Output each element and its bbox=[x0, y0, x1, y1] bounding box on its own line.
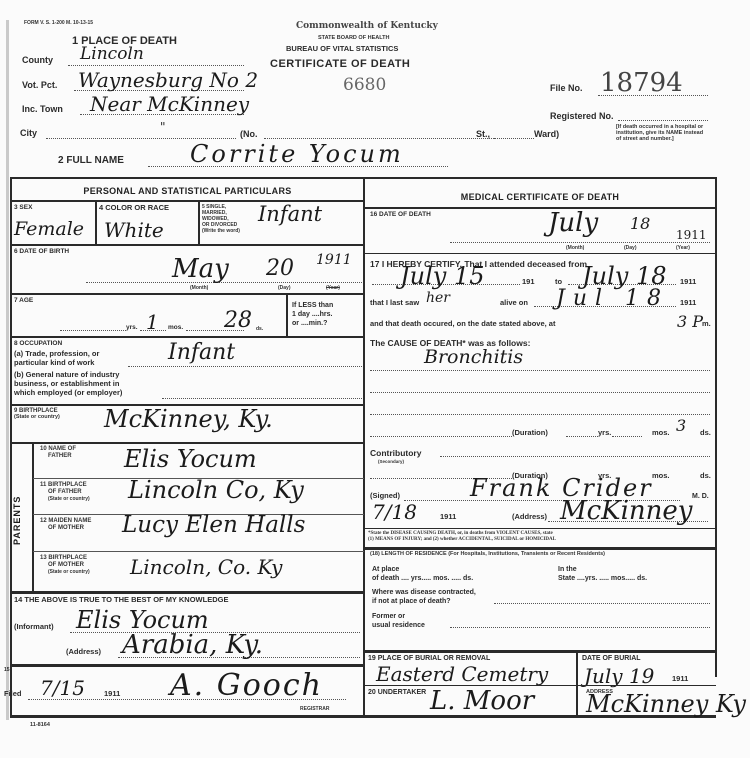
mother-birthplace-label-line: 13 BIRTHPLACE bbox=[40, 555, 90, 562]
vot-pct-label: Vot. Pct. bbox=[22, 80, 57, 90]
signed-date: 7/18 bbox=[372, 500, 417, 524]
md-label: M. D. bbox=[692, 493, 709, 500]
burial-place: Easterd Cemetry bbox=[376, 662, 548, 686]
to-label: to bbox=[555, 278, 562, 285]
vot-pct-value: Waynesburg No 2 bbox=[78, 68, 258, 92]
father-birthplace-label-line: OF FATHER bbox=[40, 489, 90, 496]
last-saw-label: that I last saw bbox=[370, 299, 419, 306]
former-residence-line: Former or bbox=[372, 612, 425, 621]
in-state-line: In the bbox=[558, 565, 647, 574]
footnote: *State the DISEASE CAUSING DEATH, or, in… bbox=[368, 531, 556, 543]
full-name-value: Corrite Yocum bbox=[190, 140, 404, 168]
age-yrs-line bbox=[60, 330, 126, 331]
contracted-line bbox=[494, 603, 710, 604]
state-board: STATE BOARD OF HEALTH bbox=[318, 35, 390, 41]
divider bbox=[10, 664, 364, 667]
frame-left bbox=[10, 177, 12, 717]
duration-line bbox=[370, 436, 512, 437]
marital-value: Infant bbox=[258, 202, 322, 226]
occupation-a-label-line: (a) Trade, profession, or bbox=[14, 349, 99, 358]
mother-name-value: Lucy Elen Halls bbox=[122, 512, 305, 538]
county-line bbox=[68, 65, 244, 66]
medical-section-title: MEDICAL CERTIFICATE OF DEATH bbox=[365, 192, 715, 202]
cause-line-3 bbox=[370, 414, 710, 415]
father-birthplace-label-line: (State or country) bbox=[40, 496, 90, 502]
filed-year: 1911 bbox=[104, 690, 120, 697]
informant-address-value: Arabia, Ky. bbox=[122, 630, 263, 660]
occupation-a-label-line: particular kind of work bbox=[14, 358, 99, 367]
informant-address-label: (Address) bbox=[66, 648, 101, 655]
duration-mos-line bbox=[612, 436, 642, 437]
death-time: 3 P bbox=[677, 312, 703, 331]
no-label: (No. bbox=[240, 129, 258, 139]
occupation-label: 8 OCCUPATION bbox=[14, 340, 62, 347]
commonwealth-title: Commonwealth of Kentucky bbox=[296, 21, 438, 31]
occupation-a-value: Infant bbox=[168, 340, 235, 365]
divider bbox=[33, 551, 364, 552]
father-name-label-line: FATHER bbox=[40, 453, 76, 460]
divider bbox=[365, 253, 716, 254]
less-than-line: 1 day ....hrs. bbox=[292, 310, 333, 319]
certificate-title: CERTIFICATE OF DEATH bbox=[270, 58, 410, 70]
burial-year: 1911 bbox=[672, 675, 688, 682]
registered-no-line bbox=[618, 120, 708, 121]
mother-birthplace-value: Lincoln, Co. Ky bbox=[130, 555, 282, 579]
cause-line-2 bbox=[370, 392, 710, 393]
birthplace-value: McKinney, Ky. bbox=[104, 405, 273, 433]
dob-day-caption: (Day) bbox=[278, 285, 291, 291]
frame-right bbox=[715, 177, 717, 677]
form-number: FORM V. S. 1-200 M. 10-13-15 bbox=[24, 20, 93, 26]
birthplace-label: 9 BIRTHPLACE (State or country) bbox=[14, 408, 60, 420]
occupation-b-label-line: (b) General nature of industry bbox=[14, 370, 122, 379]
divider bbox=[10, 442, 364, 444]
dob-month-caption: (Month) bbox=[190, 285, 208, 291]
dob-day: 20 bbox=[266, 256, 294, 281]
signed-label: (Signed) bbox=[370, 492, 400, 499]
ward-line bbox=[494, 138, 534, 139]
occupation-b-label-line: business, or establishment in bbox=[14, 379, 122, 388]
occupation-a-line bbox=[128, 366, 362, 367]
last-saw-year: 1911 bbox=[680, 299, 696, 306]
city-label: City bbox=[20, 128, 37, 138]
occupation-b-label-line: which employed (or employer) bbox=[14, 388, 122, 397]
filed-number: 15 bbox=[4, 667, 10, 674]
death-day-caption: (Day) bbox=[624, 245, 637, 251]
father-birthplace-value: Lincoln Co, Ky bbox=[128, 476, 304, 504]
registrar-label: REGISTRAR bbox=[300, 706, 329, 712]
divider bbox=[365, 650, 716, 653]
stamp-number: 6680 bbox=[343, 75, 386, 95]
death-time-label: and that death occured, on the date stat… bbox=[370, 320, 555, 327]
death-month: July bbox=[548, 208, 598, 238]
less-than-day: If LESS than 1 day ....hrs. or ....min.? bbox=[292, 301, 333, 328]
file-no-value: 18794 bbox=[600, 68, 683, 98]
occupation-b-line bbox=[162, 398, 362, 399]
father-birthplace-label-line: 11 BIRTHPLACE bbox=[40, 482, 90, 489]
race-label: 4 COLOR OR RACE bbox=[99, 204, 169, 211]
mother-birthplace-label: 13 BIRTHPLACE OF MOTHER (State or countr… bbox=[40, 555, 90, 575]
informant-label: (Informant) bbox=[14, 623, 54, 630]
signed-year: 1911 bbox=[440, 513, 456, 520]
father-birthplace-label: 11 BIRTHPLACE OF FATHER (State or countr… bbox=[40, 482, 90, 502]
age-ds-value: 28 bbox=[224, 308, 252, 333]
occupation-b-label: (b) General nature of industry business,… bbox=[14, 370, 122, 397]
death-year-caption: (Year) bbox=[676, 245, 690, 251]
footer-code: 11-8164 bbox=[30, 722, 50, 728]
county-label: County bbox=[22, 55, 53, 65]
dob-month: May bbox=[172, 254, 229, 284]
informant-statement: 14 THE ABOVE IS TRUE TO THE BEST OF MY K… bbox=[14, 596, 228, 603]
personal-section-title: PERSONAL AND STATISTICAL PARTICULARS bbox=[12, 186, 363, 196]
disease-contracted: Where was disease contracted, if not at … bbox=[372, 588, 476, 606]
death-month-caption: (Month) bbox=[566, 245, 584, 251]
mother-name-label-line: OF MOTHER bbox=[40, 525, 91, 532]
divider bbox=[10, 591, 364, 594]
file-no-line bbox=[598, 95, 708, 96]
death-year: 1911 bbox=[676, 228, 707, 242]
former-residence-line: usual residence bbox=[372, 621, 425, 630]
filed-label: Filed bbox=[4, 690, 22, 697]
death-certificate: FORM V. S. 1-200 M. 10-13-15 Commonwealt… bbox=[0, 0, 750, 758]
file-no-label: File No. bbox=[550, 83, 583, 93]
duration-yrs-line bbox=[566, 436, 598, 437]
attended-from: July 15 bbox=[400, 262, 484, 290]
marital-label: 5 SINGLE, MARRIED, WIDOWED, OR DIVORCED … bbox=[202, 204, 240, 234]
contributory-line bbox=[440, 456, 710, 457]
age-mos-label: mos. bbox=[168, 324, 183, 331]
at-place-line: At place bbox=[372, 565, 473, 574]
contributory-sub: (Secondary) bbox=[378, 459, 404, 465]
scan-edge bbox=[6, 20, 9, 720]
burial-label: 19 PLACE OF BURIAL OR REMOVAL bbox=[368, 655, 490, 662]
age-mos-value: 1 bbox=[146, 310, 159, 334]
mother-birthplace-label-line: OF MOTHER bbox=[40, 562, 90, 569]
contracted-line: if not at place of death? bbox=[372, 597, 476, 606]
parents-label: PARENTS bbox=[12, 496, 22, 545]
hospital-note: [If death occurred in a hospital or inst… bbox=[616, 124, 708, 142]
less-than-line: If LESS than bbox=[292, 301, 333, 310]
divider bbox=[10, 244, 364, 246]
divider bbox=[365, 207, 716, 209]
contracted-line: Where was disease contracted, bbox=[372, 588, 476, 597]
cause-line-1 bbox=[370, 370, 710, 371]
inc-town-value: Near McKinney bbox=[90, 92, 249, 116]
city-line bbox=[46, 138, 236, 139]
undertaker-address: McKinney Ky bbox=[586, 690, 746, 718]
father-name-label: 10 NAME OF FATHER bbox=[40, 446, 76, 460]
contributory-mos-label: mos. bbox=[652, 472, 670, 479]
physician-address: McKinney bbox=[560, 496, 693, 526]
age-label: 7 AGE bbox=[14, 297, 33, 304]
cause-value: Bronchitis bbox=[424, 346, 523, 368]
undertaker-label: 20 UNDERTAKER bbox=[368, 689, 426, 696]
contributory-label: Contributory bbox=[370, 448, 421, 458]
date-of-death-label: 16 DATE OF DEATH bbox=[370, 211, 431, 218]
divider bbox=[365, 528, 716, 529]
frame-middle bbox=[363, 177, 365, 717]
ward-label: Ward) bbox=[534, 129, 559, 139]
st-label: St., bbox=[476, 129, 490, 139]
in-state-line: State ....yrs. ..... mos..... ds. bbox=[558, 574, 647, 583]
in-state: In the State ....yrs. ..... mos..... ds. bbox=[558, 565, 647, 583]
father-name-value: Elis Yocum bbox=[124, 445, 257, 473]
footnote-line: (1) MEANS OF INJURY; and (2) whether ACC… bbox=[368, 537, 556, 543]
burial-date-label: DATE OF BURIAL bbox=[582, 655, 641, 662]
dob-year-caption: (Year) bbox=[326, 285, 340, 291]
bureau: BUREAU OF VITAL STATISTICS bbox=[286, 44, 398, 53]
last-saw-date: Jul 18 bbox=[556, 286, 669, 311]
duration-mos-label: mos. bbox=[652, 429, 670, 436]
residence-title: (18) LENGTH OF RESIDENCE (For Hospitals,… bbox=[370, 551, 710, 557]
contributory-ds-label: ds. bbox=[700, 472, 711, 479]
inc-town-label: Inc. Town bbox=[22, 104, 63, 114]
divider bbox=[576, 651, 578, 716]
father-name-label-line: 10 NAME OF bbox=[40, 446, 76, 453]
physician-address-label: (Address) bbox=[512, 513, 547, 520]
age-ds-label: ds. bbox=[256, 326, 263, 332]
duration-yrs-label: yrs. bbox=[598, 429, 611, 436]
death-day: 18 bbox=[630, 214, 650, 233]
less-than-line: or ....min.? bbox=[292, 319, 333, 328]
divider bbox=[286, 293, 288, 336]
divider bbox=[95, 200, 97, 244]
duration-ds-label: ds. bbox=[700, 429, 711, 436]
divider bbox=[198, 200, 200, 244]
birthplace-label-line: (State or country) bbox=[14, 414, 60, 420]
divider bbox=[10, 293, 364, 295]
date-of-death-line bbox=[450, 242, 710, 243]
registered-no-label: Registered No. bbox=[550, 111, 614, 121]
year-prefix: 191 bbox=[522, 278, 535, 285]
sex-label: 3 SEX bbox=[14, 204, 32, 211]
at-place-of-death: At place of death .... yrs..... mos. ...… bbox=[372, 565, 473, 583]
former-residence-line bbox=[450, 627, 710, 628]
registrar-signature: A. Gooch bbox=[170, 668, 323, 703]
year-suffix: 1 bbox=[692, 277, 696, 286]
city-value: " bbox=[160, 120, 166, 134]
age-yrs-label: yrs. bbox=[126, 324, 138, 331]
at-place-line: of death .... yrs..... mos. ..... ds. bbox=[372, 574, 473, 583]
street-line bbox=[264, 138, 504, 139]
death-time-suffix: m. bbox=[702, 320, 711, 327]
dob-year: 1911 bbox=[316, 252, 352, 268]
former-residence: Former or usual residence bbox=[372, 612, 425, 630]
duration-mos-value: 3 bbox=[676, 416, 686, 435]
filed-date: 7/15 bbox=[40, 676, 85, 700]
marital-label-line: (Write the word) bbox=[202, 228, 240, 234]
race-value: White bbox=[104, 218, 164, 242]
divider bbox=[365, 685, 716, 686]
mother-birthplace-label-line: (State or country) bbox=[40, 569, 90, 575]
divider bbox=[10, 336, 364, 338]
occupation-a-label: (a) Trade, profession, or particular kin… bbox=[14, 349, 99, 367]
undertaker-value: L. Moor bbox=[430, 686, 534, 716]
alive-on-label: alive on bbox=[500, 299, 528, 306]
divider bbox=[365, 547, 716, 550]
attended-to-year: 1911 bbox=[680, 278, 696, 285]
mother-name-label-line: 12 MAIDEN NAME bbox=[40, 518, 91, 525]
county-value: Lincoln bbox=[80, 44, 144, 64]
last-saw-pronoun: her bbox=[426, 290, 450, 306]
dob-label: 6 DATE OF BIRTH bbox=[14, 248, 69, 255]
mother-name-label: 12 MAIDEN NAME OF MOTHER bbox=[40, 518, 91, 532]
sex-value: Female bbox=[14, 218, 84, 240]
duration-label: (Duration) bbox=[512, 429, 548, 436]
parents-divider bbox=[32, 442, 34, 592]
full-name-label: 2 FULL NAME bbox=[58, 155, 124, 166]
